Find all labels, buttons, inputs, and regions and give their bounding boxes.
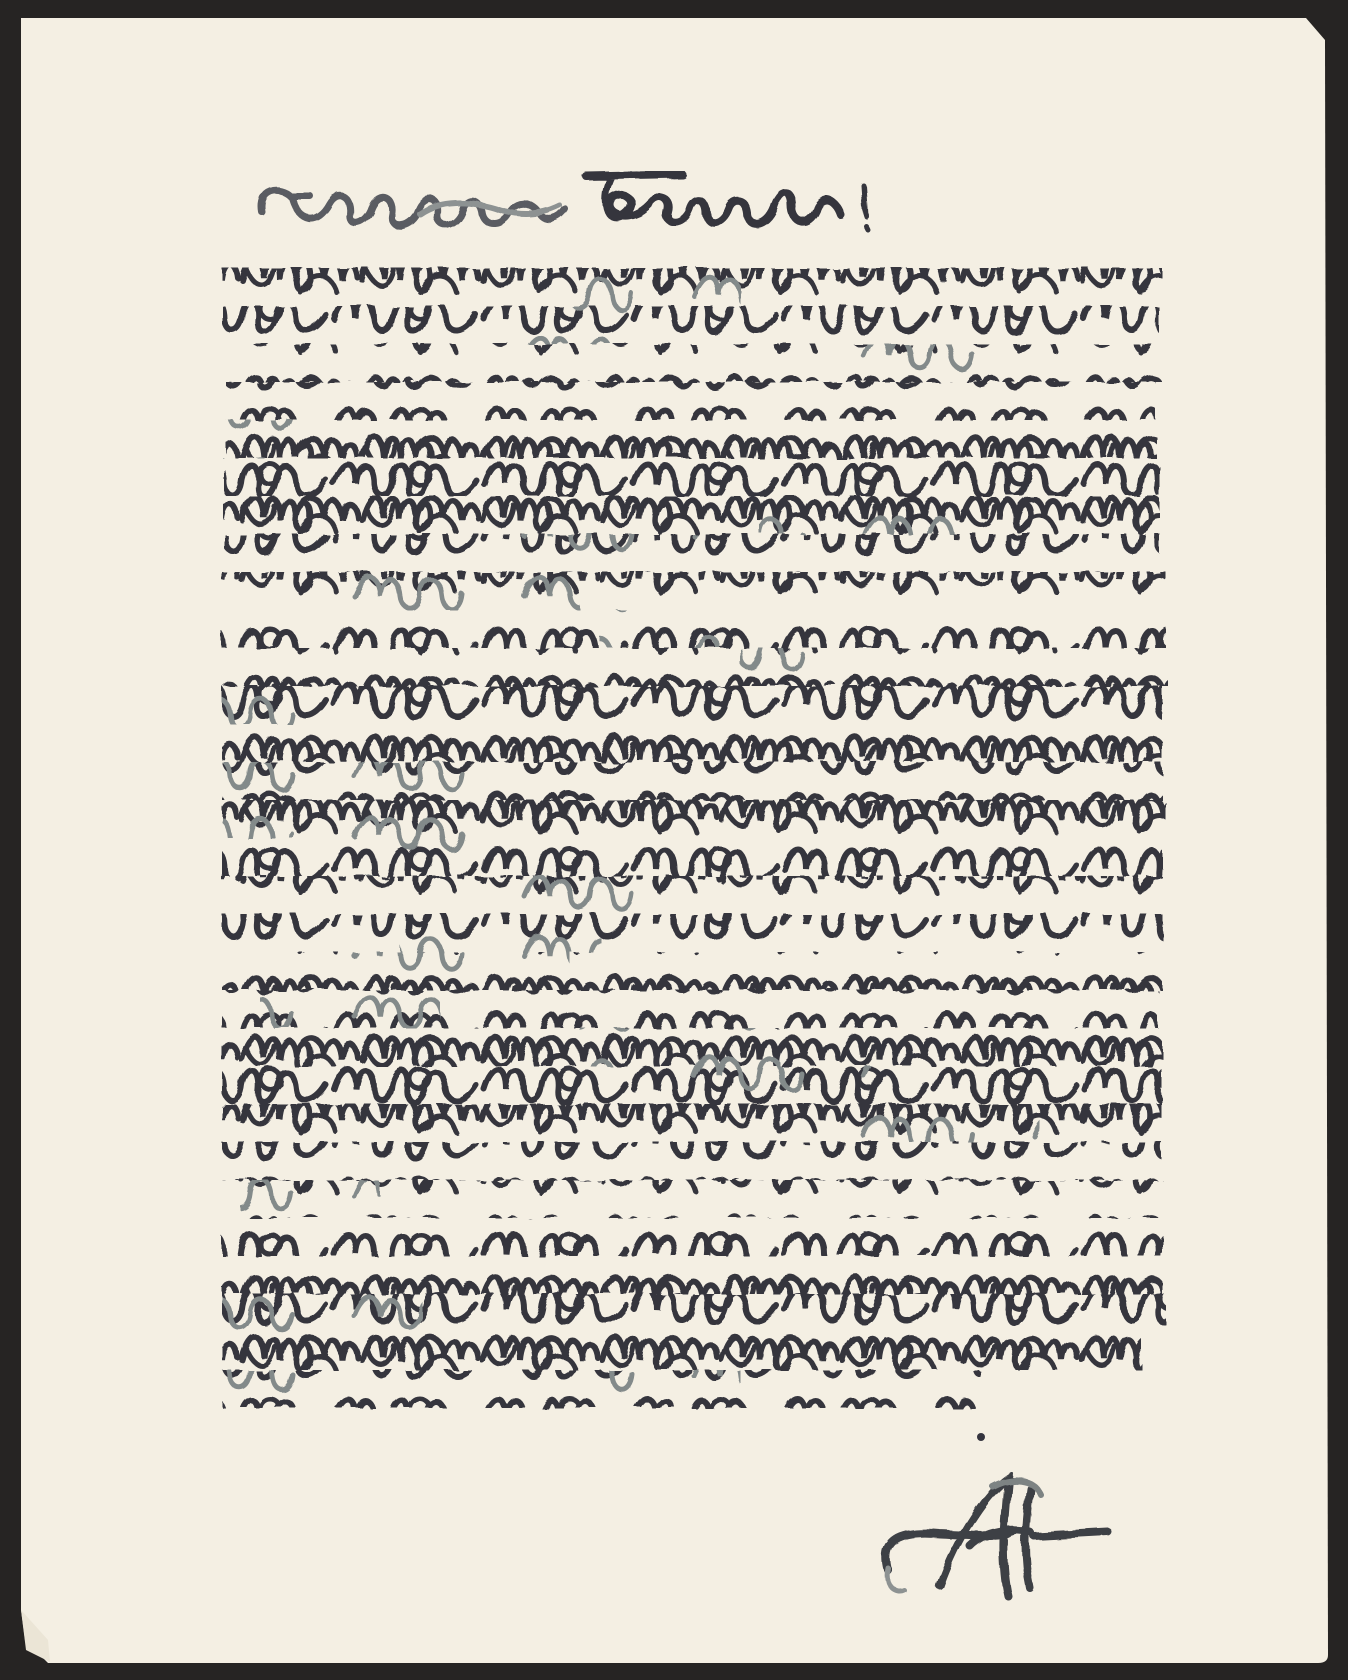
letter-page: [0, 0, 1348, 1680]
closing-period: [977, 1433, 985, 1441]
